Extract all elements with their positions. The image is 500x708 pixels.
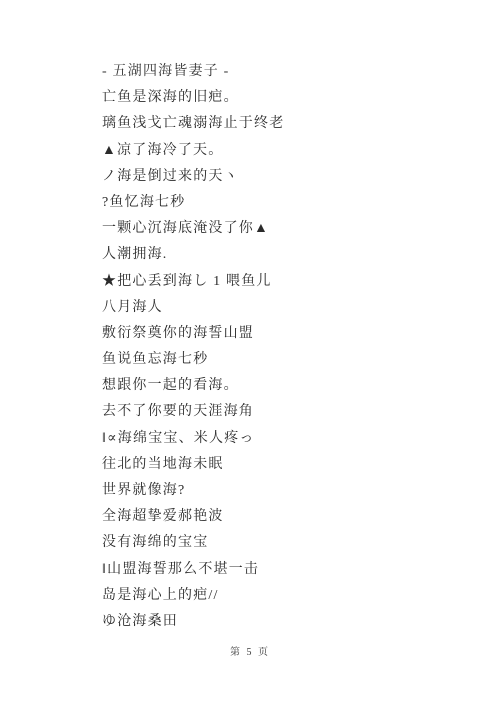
title-line: - 五湖四海皆妻子 - [102, 59, 284, 85]
text-line: ゆ沧海桑田 [102, 609, 284, 635]
text-line: 往北的当地海未眠 [102, 452, 284, 478]
text-line: ‖山盟海誓那么不堪一击 [102, 557, 284, 583]
text-line: ▲凉了海冷了天。 [102, 138, 284, 164]
text-line: 敷衍祭奠你的海誓山盟 [102, 321, 284, 347]
text-line: ★把心丢到海し 1 喂鱼儿 [102, 269, 284, 295]
document-page: - 五湖四海皆妻子 - 亡鱼是深海的旧疤。 璃鱼浅戈亡魂溺海止于终老 ▲凉了海冷… [0, 0, 500, 708]
text-line: ?鱼忆海七秒 [102, 190, 284, 216]
text-line: 全海超挚爱郝艳波 [102, 504, 284, 530]
footer-page-number: 第 5 页 [0, 646, 500, 660]
text-line: 岛是海心上的疤// [102, 583, 284, 609]
text-line: 想跟你一起的看海。 [102, 373, 284, 399]
text-line: 璃鱼浅戈亡魂溺海止于终老 [102, 111, 284, 137]
text-line: 鱼说鱼忘海七秒 [102, 347, 284, 373]
text-line: 世界就像海? [102, 478, 284, 504]
text-line: 人潮拥海. [102, 242, 284, 268]
text-line: 一颗心沉海底淹没了你▲ [102, 216, 284, 242]
text-line: 亡鱼是深海的旧疤。 [102, 85, 284, 111]
text-line: ‖∝海绵宝宝、米人疼っ [102, 426, 284, 452]
text-line: 去不了你要的天涯海角 [102, 399, 284, 425]
text-line: 没有海绵的宝宝 [102, 530, 284, 556]
text-block: - 五湖四海皆妻子 - 亡鱼是深海的旧疤。 璃鱼浅戈亡魂溺海止于终老 ▲凉了海冷… [102, 59, 284, 635]
text-line: 八月海人 [102, 295, 284, 321]
text-line: ノ海是倒过来的天ヽ [102, 164, 284, 190]
